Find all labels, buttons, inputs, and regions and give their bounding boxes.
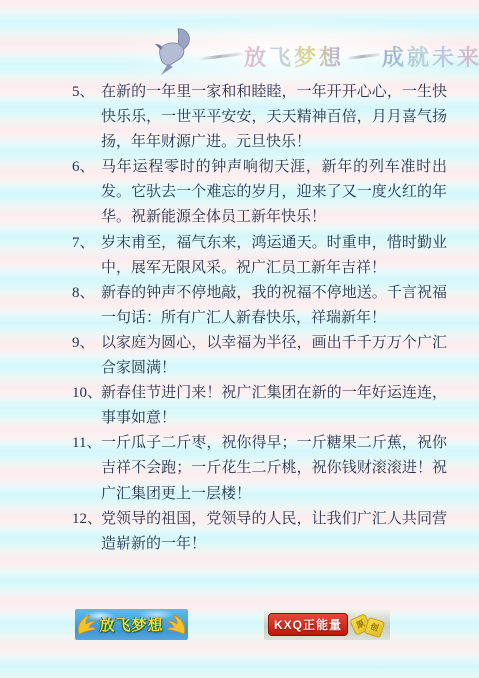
wing-icon	[166, 614, 186, 636]
list-item: 8、 新春的钟声不停地敲，我的祝福不停地送。千言祝福一句话：所有广汇人新春快乐，…	[72, 281, 447, 331]
gold-seals: 原 创	[352, 613, 383, 636]
greetings-list: 5、 在新的一年里一家和和睦睦，一年开开心心，一生快快乐乐，一世平平安安，天天精…	[0, 80, 479, 557]
title-part-2: 成就未来	[382, 41, 479, 72]
item-text: 以家庭为圆心，以幸福为半径，画出千千万万个广汇合家圆满！	[101, 331, 447, 381]
document-page: 放飞梦想 成就未来 5、 在新的一年里一家和和睦睦，一年开开心心，一生快快乐乐，…	[0, 0, 479, 678]
list-item: 9、 以家庭为圆心，以幸福为半径，画出千千万万个广汇合家圆满！	[72, 331, 447, 381]
item-number: 9、	[72, 331, 101, 381]
kxq-banner: KXQ正能量 原 创	[264, 609, 390, 640]
item-text: 一斤瓜子二斤枣，祝你得早；一斤糖果二斤蕉，祝你吉祥不会跑；一斤花生二斤桃，祝你钱…	[101, 431, 447, 506]
list-item: 11、 一斤瓜子二斤枣，祝你得早；一斤糖果二斤蕉，祝你吉祥不会跑；一斤花生二斤桃…	[72, 431, 447, 506]
item-number: 8、	[72, 281, 101, 331]
item-text: 新春佳节进门来！祝广汇集团在新的一年好运连连，事事如意！	[101, 381, 447, 431]
page-title: 放飞梦想 成就未来	[198, 40, 479, 72]
seal-icon: 创	[364, 617, 385, 638]
fly-dream-banner-text: 放飞梦想	[99, 614, 163, 635]
list-item: 7、 岁末甫至，福气东来，鸿运通天。时重申，惜时勤业中，展军无限风采。祝广汇员工…	[72, 231, 447, 281]
swoosh-line	[198, 52, 242, 60]
dove-icon	[151, 27, 195, 77]
swoosh-line	[346, 52, 380, 59]
item-number: 10、	[72, 381, 101, 431]
title-part-1: 放飞梦想	[244, 41, 344, 72]
list-item: 5、 在新的一年里一家和和睦睦，一年开开心心，一生快快乐乐，一世平平安安，天天精…	[72, 80, 447, 155]
list-item: 12、 党领导的祖国，党领导的人民，让我们广汇人共同营造崭新的一年！	[72, 507, 447, 557]
fly-dream-banner: 放飞梦想	[75, 609, 188, 640]
item-text: 党领导的祖国，党领导的人民，让我们广汇人共同营造崭新的一年！	[101, 507, 447, 557]
item-text: 在新的一年里一家和和睦睦，一年开开心心，一生快快乐乐，一世平平安安，天天精神百倍…	[101, 80, 447, 155]
item-number: 5、	[72, 80, 101, 155]
item-number: 6、	[72, 155, 101, 230]
list-item: 6、 马年运程零时的钟声响彻天涯，新年的列车准时出发。它驮去一个难忘的岁月，迎来…	[72, 155, 447, 230]
item-text: 新春的钟声不停地敲，我的祝福不停地送。千言祝福一句话：所有广汇人新春快乐，祥瑞新…	[101, 281, 447, 331]
item-text: 岁末甫至，福气东来，鸿运通天。时重申，惜时勤业中，展军无限风采。祝广汇员工新年吉…	[101, 231, 447, 281]
wing-icon	[77, 614, 97, 636]
kxq-banner-text: KXQ正能量	[268, 613, 348, 636]
item-number: 7、	[72, 231, 101, 281]
item-number: 11、	[72, 431, 101, 506]
item-number: 12、	[72, 507, 101, 557]
list-item: 10、 新春佳节进门来！祝广汇集团在新的一年好运连连，事事如意！	[72, 381, 447, 431]
item-text: 马年运程零时的钟声响彻天涯，新年的列车准时出发。它驮去一个难忘的岁月，迎来了又一…	[101, 155, 447, 230]
